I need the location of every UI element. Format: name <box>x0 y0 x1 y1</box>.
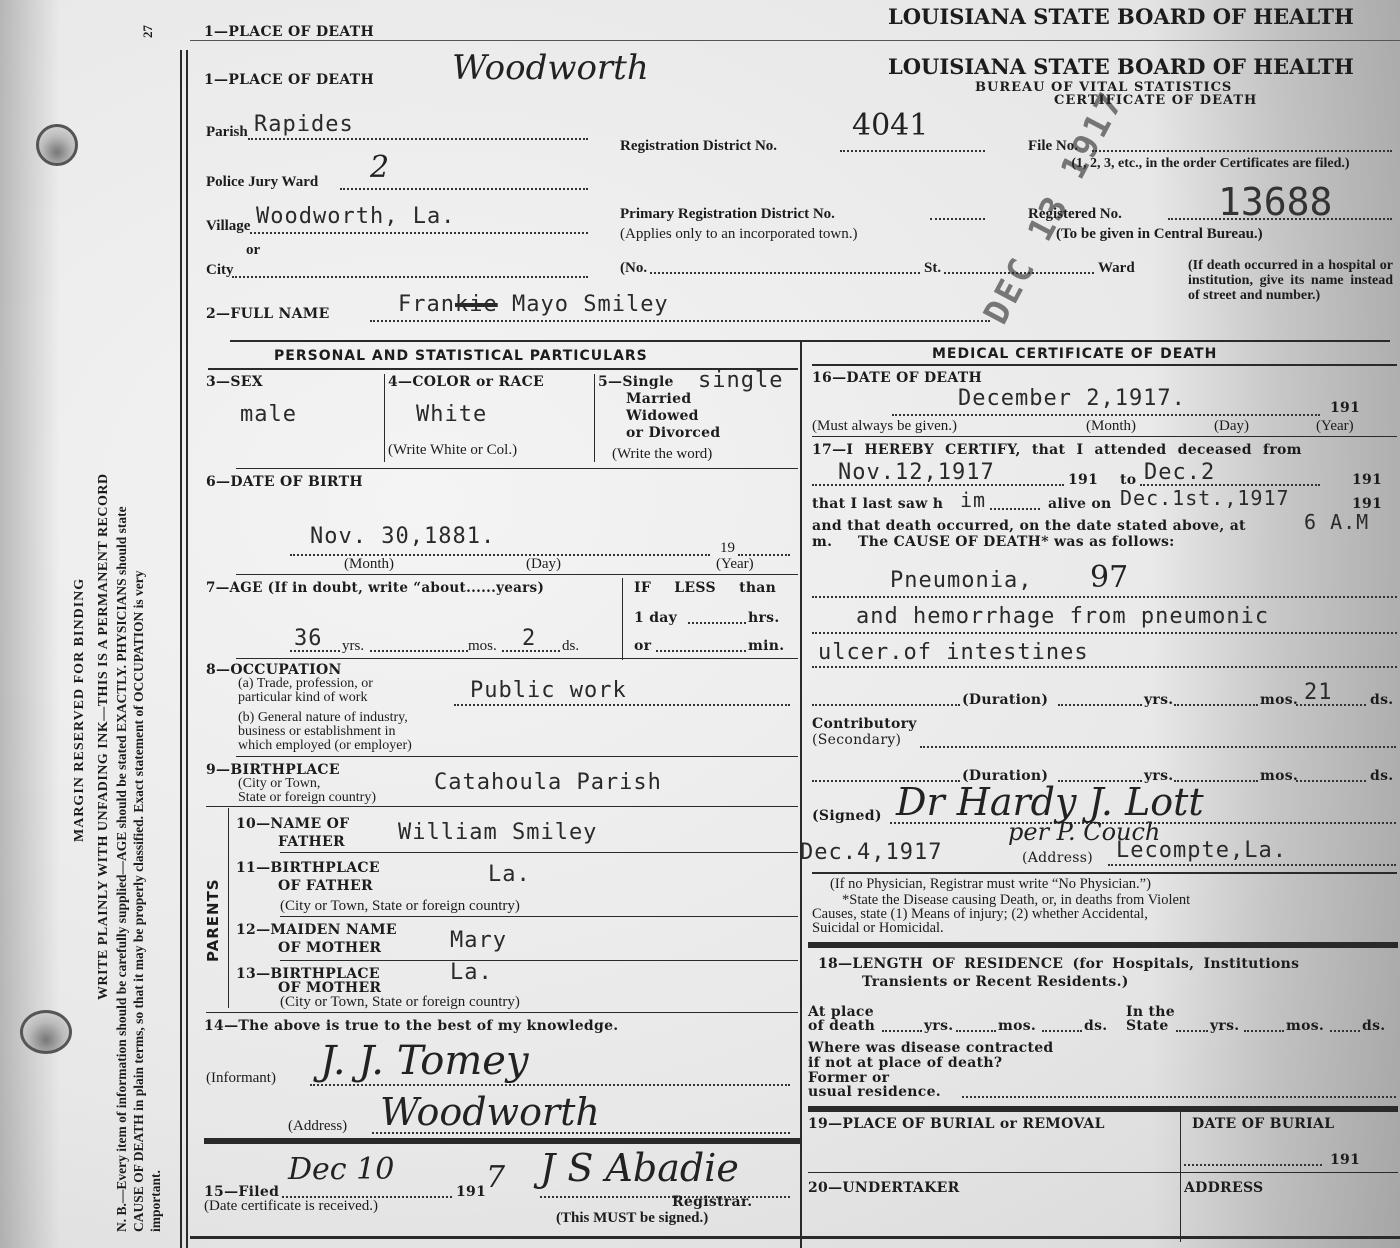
no-physician-note: (If no Physician, Registrar must write “… <box>830 876 1151 893</box>
street-label: St. <box>924 260 941 277</box>
mother-birthplace-note: (City or Town, State or foreign country) <box>280 994 520 1011</box>
informant-label: (Informant) <box>206 1070 276 1087</box>
margin-rule-inner <box>186 50 188 1248</box>
hrs-line <box>688 622 746 624</box>
alive-on-label: alive on <box>1048 496 1112 512</box>
cause-line-2 <box>812 632 1397 634</box>
full-name-rest: Mayo Smiley <box>512 292 669 317</box>
at-place-label-2: of death <box>808 1018 875 1034</box>
registered-no-value[interactable]: 13688 <box>1218 180 1332 224</box>
last-saw-pronoun[interactable]: im <box>960 488 986 512</box>
physician-address-value[interactable]: Lecompte,La. <box>1116 838 1287 863</box>
last-saw-line <box>990 508 1040 510</box>
in-state-label-2: State <box>1126 1018 1169 1034</box>
dod-month-caption: (Month) <box>1086 418 1136 435</box>
age-yrs-label: yrs. <box>342 638 364 655</box>
dob-value[interactable]: Nov. 30,1881. <box>310 524 495 549</box>
occupation-b-3: which employed (or employer) <box>238 738 412 754</box>
registration-district-label: Registration District No. <box>620 138 777 155</box>
age-days-line <box>502 650 560 652</box>
former-residence-line <box>962 1096 1396 1098</box>
age-years-line <box>290 650 340 652</box>
father-birthplace-rule <box>280 916 798 917</box>
duration-yrs-line <box>1058 704 1142 706</box>
dod-line <box>892 414 1320 416</box>
filed-year-prefix: 191 <box>456 1184 486 1200</box>
duration-label: (Duration) <box>962 692 1048 708</box>
duration-ds-label: ds. <box>1370 692 1393 708</box>
mother-birthplace-value[interactable]: La. <box>450 960 493 985</box>
residence-rule <box>808 942 1398 948</box>
primary-registration-line <box>930 218 985 220</box>
at-place-mos: mos. <box>998 1018 1036 1034</box>
column-divider <box>800 340 802 1248</box>
margin-instructions-3: important. <box>148 1170 164 1232</box>
marital-note: (Write the word) <box>612 446 712 463</box>
m-label: m. <box>812 534 832 550</box>
registrar-label: Registrar. <box>672 1194 752 1210</box>
undertaker-address-label: ADDRESS <box>1184 1180 1263 1196</box>
father-birthplace-value[interactable]: La. <box>488 862 531 887</box>
father-birthplace-label-1: 11—BIRTHPLACE <box>236 860 380 876</box>
burial-date-line <box>1184 1164 1322 1166</box>
section-divider-top <box>230 340 1390 342</box>
marital-label-divorced: or Divorced <box>626 425 720 441</box>
duration-yrs-label: yrs. <box>1144 692 1173 708</box>
cause-value-2[interactable]: and hemorrhage from pneumonic <box>856 604 1269 629</box>
full-name-label: 2—FULL NAME <box>206 306 330 322</box>
in-state-mos-line <box>1244 1030 1284 1032</box>
dob-month-caption: (Month) <box>344 556 394 573</box>
ward-label: Ward <box>1098 260 1135 277</box>
race-value[interactable]: White <box>416 402 487 427</box>
primary-registration-note: (Applies only to an incorporated town.) <box>620 226 857 243</box>
binding-hole-top <box>36 124 78 166</box>
signed-label: (Signed) <box>812 808 882 824</box>
parish-line <box>248 138 588 140</box>
full-name-struck: kie <box>455 292 498 317</box>
parents-side-label: PARENTS <box>204 878 222 962</box>
father-name-label-2: FATHER <box>278 834 345 850</box>
duration2-ds-label: ds. <box>1370 768 1393 784</box>
margin-write-plainly: WRITE PLAINLY WITH UNFADING INK—THIS IS … <box>96 473 112 1000</box>
min-line <box>656 650 746 652</box>
father-name-value[interactable]: William Smiley <box>398 820 597 845</box>
margin-rule-outer <box>180 50 182 1248</box>
filed-rule <box>204 1138 800 1144</box>
age-divider <box>622 578 623 660</box>
no-physician-rule <box>812 872 1397 874</box>
age-years-value[interactable]: 36 <box>294 626 323 651</box>
filed-year-suffix[interactable]: 7 <box>486 1160 505 1195</box>
dod-must-note: (Must always be given.) <box>812 418 957 435</box>
at-place-ds: ds. <box>1084 1018 1107 1034</box>
physician-address-line <box>1108 864 1396 866</box>
dob-year-caption: (Year) <box>716 556 754 573</box>
top-divider <box>190 40 1400 41</box>
burial-rule <box>808 1106 1398 1112</box>
village-value[interactable]: Woodworth, La. <box>256 204 455 229</box>
age-rule <box>236 574 798 575</box>
disease-note-3: Suicidal or Homicidal. <box>812 920 944 937</box>
margin-reserved-note: MARGIN RESERVED FOR BINDING <box>72 578 88 842</box>
duration-days-line <box>1296 704 1366 706</box>
dob-rule <box>236 468 798 469</box>
parents-side-rule <box>228 808 229 1008</box>
former-residence-2: usual residence. <box>808 1084 941 1100</box>
certify-rule <box>812 436 1397 437</box>
duration-mos-line <box>1174 704 1258 706</box>
death-occurred-label: and that death occurred, on the date sta… <box>812 518 1246 534</box>
in-state-ds: ds. <box>1362 1018 1385 1034</box>
dod-value[interactable]: December 2,1917. <box>958 386 1186 411</box>
age-ds-label: ds. <box>562 638 579 655</box>
in-state-yrs: yrs. <box>1210 1018 1239 1034</box>
one-day-label: 1 day <box>634 610 677 626</box>
or-label: or <box>246 242 260 259</box>
birthplace-note-2: State or foreign country) <box>238 790 376 806</box>
father-name-rule <box>280 852 798 853</box>
board-title: LOUISIANA STATE BOARD OF HEALTH <box>888 54 1354 79</box>
age-label: 7—AGE (If in doubt, write “about......ye… <box>206 580 544 596</box>
secondary-line <box>920 746 1396 748</box>
dod-day-caption: (Day) <box>1214 418 1249 435</box>
village-line <box>250 232 588 234</box>
at-place-yrs-line <box>882 1030 922 1032</box>
sex-race-divider <box>384 374 385 462</box>
parish-label: Parish <box>206 124 248 141</box>
registrar-line <box>540 1196 790 1198</box>
burial-date-year-prefix: 191 <box>1330 1152 1360 1168</box>
attended-to-value[interactable]: Dec.2 <box>1144 460 1215 485</box>
informant-address-value[interactable]: Woodworth <box>380 1090 600 1134</box>
mother-maiden-rule <box>280 960 798 961</box>
police-jury-ward-label: Police Jury Ward <box>206 174 318 191</box>
marital-label-single: 5—Single <box>598 374 674 390</box>
margin-edge-mark: 27 <box>140 25 156 38</box>
marital-label-widowed: Widowed <box>626 408 699 424</box>
race-marital-divider <box>594 374 595 462</box>
dob-day-caption: (Day) <box>526 556 561 573</box>
police-jury-ward-line <box>340 188 588 190</box>
registered-no-note: (To be given in Central Bureau.) <box>1056 226 1263 243</box>
occupation-a-2: particular kind of work <box>238 690 367 706</box>
city-label: City <box>206 262 234 279</box>
dob-label: 6—DATE OF BIRTH <box>206 474 363 490</box>
marital-label-married: Married <box>626 391 691 407</box>
duration2-mos-label: mos. <box>1260 768 1298 784</box>
race-note: (Write White or Col.) <box>388 442 517 459</box>
cause-label: The CAUSE OF DEATH* was as follows: <box>858 534 1175 550</box>
physician-address-label: (Address) <box>1022 850 1093 866</box>
occupation-value[interactable]: Public work <box>470 678 627 703</box>
filed-date-value[interactable]: Dec 10 <box>288 1152 394 1187</box>
informant-address-label: (Address) <box>288 1118 347 1135</box>
duration2-days-line <box>1296 780 1366 782</box>
registrar-signature[interactable]: J S Abadie <box>540 1146 739 1190</box>
hrs-label: hrs. <box>748 610 780 626</box>
dob-year-prefix: 19 <box>720 540 735 557</box>
in-state-ds-line <box>1330 1030 1360 1032</box>
village-label: Village <box>206 218 250 235</box>
primary-registration-label: Primary Registration District No. <box>620 206 835 223</box>
father-birthplace-label-2: OF FATHER <box>278 878 373 894</box>
top-partial-heading: 1—PLACE OF DEATH <box>204 24 374 40</box>
where-contracted-1: Where was disease contracted <box>808 1040 1054 1056</box>
registration-district-line <box>840 150 985 152</box>
birthplace-rule <box>236 756 798 757</box>
or-min-label: or <box>634 638 651 654</box>
burial-date-label: DATE OF BURIAL <box>1192 1116 1334 1132</box>
cause-line-3 <box>812 666 1397 668</box>
informant-signature[interactable]: J. J. Tomey <box>320 1038 529 1084</box>
medical-heading-rule <box>812 364 1397 366</box>
medical-heading: MEDICAL CERTIFICATE OF DEATH <box>932 346 1217 362</box>
file-no-line <box>1092 150 1392 152</box>
place-of-death-handwritten: Woodworth <box>452 48 649 88</box>
margin-instructions-1: N. B.—Every item of information should b… <box>114 506 130 1232</box>
street-number-label: (No. <box>620 260 647 277</box>
parish-value[interactable]: Rapides <box>254 112 354 137</box>
dod-year-caption: (Year) <box>1316 418 1354 435</box>
occupation-rule <box>236 658 798 659</box>
burial-place-label: 19—PLACE OF BURIAL or REMOVAL <box>808 1116 1105 1132</box>
at-place-mos-line <box>956 1030 996 1032</box>
residence-label: 18—LENGTH OF RESIDENCE (for Hospitals, I… <box>818 956 1299 972</box>
sex-value[interactable]: male <box>240 402 297 427</box>
death-time-value[interactable]: 6 A.M <box>1304 510 1369 534</box>
personal-heading: PERSONAL AND STATISTICAL PARTICULARS <box>274 348 648 364</box>
top-partial-board: LOUISIANA STATE BOARD OF HEALTH <box>888 4 1354 29</box>
last-saw-label: that I last saw h <box>812 496 943 512</box>
cause-annotation: 97 <box>1090 560 1128 595</box>
marital-value[interactable]: single <box>698 368 783 393</box>
bottom-rule <box>190 1236 1400 1239</box>
cause-line-1 <box>812 596 1397 598</box>
sex-label: 3—SEX <box>206 374 263 390</box>
at-place-ds-line <box>1042 1030 1082 1032</box>
certify-label: 17—I HEREBY CERTIFY, that I attended dec… <box>812 442 1302 458</box>
signed-date-value[interactable]: Dec.4,1917 <box>800 840 942 865</box>
age-days-value[interactable]: 2 <box>522 626 536 651</box>
age-mos-label: mos. <box>468 638 497 655</box>
residence-label-2: Transients or Recent Residents.) <box>862 974 1129 990</box>
filed-note: (Date certificate is received.) <box>204 1198 378 1215</box>
if-less-label: IF LESS than <box>634 580 776 596</box>
parents-rule <box>206 806 798 807</box>
street-number-line <box>650 272 920 274</box>
age-mos-line <box>370 650 468 652</box>
attended-from-value[interactable]: Nov.12,1917 <box>838 460 995 485</box>
attended-year-prefix-2: 191 <box>1352 472 1382 488</box>
secondary-label: (Secondary) <box>812 732 901 748</box>
undertaker-label: 20—UNDERTAKER <box>808 1180 960 1196</box>
contributory-label: Contributory <box>812 716 917 732</box>
parents-bottom-rule <box>206 1012 798 1013</box>
in-state-yrs-line <box>1176 1030 1208 1032</box>
duration-pre-line <box>812 704 960 706</box>
registration-district-value[interactable]: 4041 <box>852 108 928 143</box>
min-label: min. <box>748 638 784 654</box>
father-name-label-1: 10—NAME OF <box>236 816 349 832</box>
undertaker-rule <box>808 1172 1398 1173</box>
in-state-mos: mos. <box>1286 1018 1324 1034</box>
full-name-line <box>370 320 990 322</box>
informant-statement: 14—The above is true to the best of my k… <box>204 1018 619 1034</box>
attended-year-prefix-1: 191 <box>1068 472 1098 488</box>
race-label: 4—COLOR or RACE <box>388 374 544 390</box>
margin-instructions-2: CAUSE OF DEATH in plain terms, so that i… <box>131 571 147 1232</box>
mother-maiden-label-1: 12—MAIDEN NAME <box>236 922 397 938</box>
informant-line <box>310 1084 790 1086</box>
registrar-note: (This MUST be signed.) <box>556 1210 708 1227</box>
dod-year-prefix: 191 <box>1330 400 1360 416</box>
birthplace-value[interactable]: Catahoula Parish <box>434 770 662 795</box>
full-name-value[interactable]: Frankie Mayo Smiley <box>398 292 669 317</box>
dod-label: 16—DATE OF DEATH <box>812 370 982 386</box>
mother-maiden-label-2: OF MOTHER <box>278 940 381 956</box>
alive-on-value[interactable]: Dec.1st.,1917 <box>1120 486 1290 510</box>
place-of-death-label: 1—PLACE OF DEATH <box>204 72 374 88</box>
duration-mos-label: mos. <box>1260 692 1298 708</box>
father-birthplace-note: (City or Town, State or foreign country) <box>280 898 520 915</box>
full-name-first: Fran <box>398 292 455 317</box>
duration-days-value[interactable]: 21 <box>1304 680 1333 705</box>
scan-shadow-left <box>0 0 60 1248</box>
city-line <box>232 276 588 278</box>
where-contracted-2: if not at place of death? <box>808 1055 1002 1071</box>
mother-maiden-value[interactable]: Mary <box>450 928 507 953</box>
burial-divider <box>1180 1112 1181 1242</box>
cause-value-1[interactable]: Pneumonia, <box>890 568 1032 593</box>
police-jury-ward-value[interactable]: 2 <box>370 150 389 185</box>
at-place-yrs: yrs. <box>924 1018 953 1034</box>
occupation-line <box>454 704 790 706</box>
hospital-note: (If death occurred in a hospital or inst… <box>1188 258 1393 303</box>
binding-hole-bottom <box>20 1010 72 1054</box>
cause-value-3[interactable]: ulcer.of intestines <box>818 640 1089 665</box>
